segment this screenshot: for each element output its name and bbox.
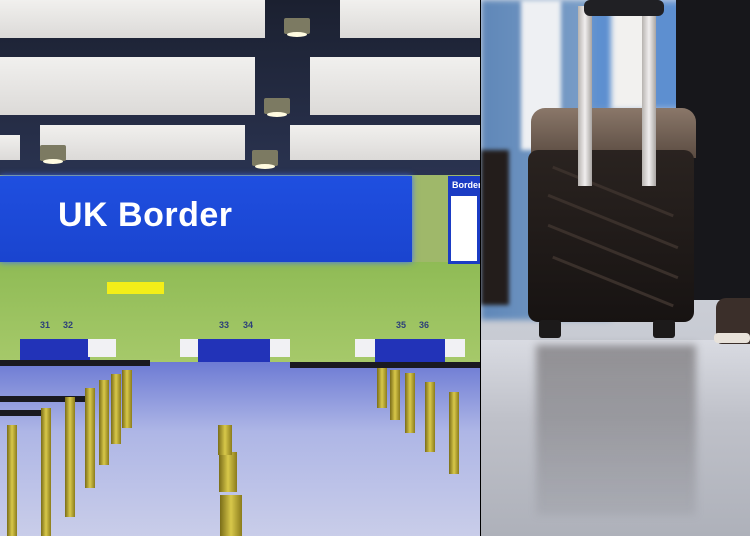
queue-post <box>65 397 75 517</box>
queue-post <box>390 370 400 420</box>
queue-post <box>218 425 232 455</box>
queue-post <box>405 373 415 433</box>
queue-post <box>99 380 109 465</box>
suitcase-reflection <box>536 345 696 515</box>
suitcase-handle <box>578 6 592 186</box>
desk-number: 35 <box>396 320 406 330</box>
queue-post <box>449 392 459 474</box>
queue-post <box>7 425 17 536</box>
desk-number: 36 <box>419 320 429 330</box>
suitcase-wheel <box>653 320 675 338</box>
queue-post <box>377 368 387 408</box>
border-info-screen-title: Border <box>448 176 480 196</box>
queue-post <box>220 495 242 536</box>
suitcase-handle-grip <box>584 0 664 16</box>
desk-number: 34 <box>243 320 253 330</box>
desk-number: 32 <box>63 320 73 330</box>
queue-post <box>122 370 132 428</box>
ceiling <box>0 0 480 175</box>
desk-number: 33 <box>219 320 229 330</box>
suitcase <box>528 150 694 322</box>
queue-post <box>85 388 95 488</box>
suitcase-photo <box>481 0 750 536</box>
border-hall-photo: 31 32 33 34 35 36 UK Border Border <box>0 0 480 536</box>
queue-post <box>41 408 51 536</box>
uk-border-sign-text: UK Border <box>58 196 233 235</box>
queue-post <box>111 374 121 444</box>
queue-post <box>425 382 435 452</box>
suitcase-wheel <box>539 320 561 338</box>
queue-post <box>219 452 237 492</box>
yellow-direction-sign <box>107 282 164 294</box>
desk-number: 31 <box>40 320 50 330</box>
suitcase-handle <box>642 6 656 186</box>
